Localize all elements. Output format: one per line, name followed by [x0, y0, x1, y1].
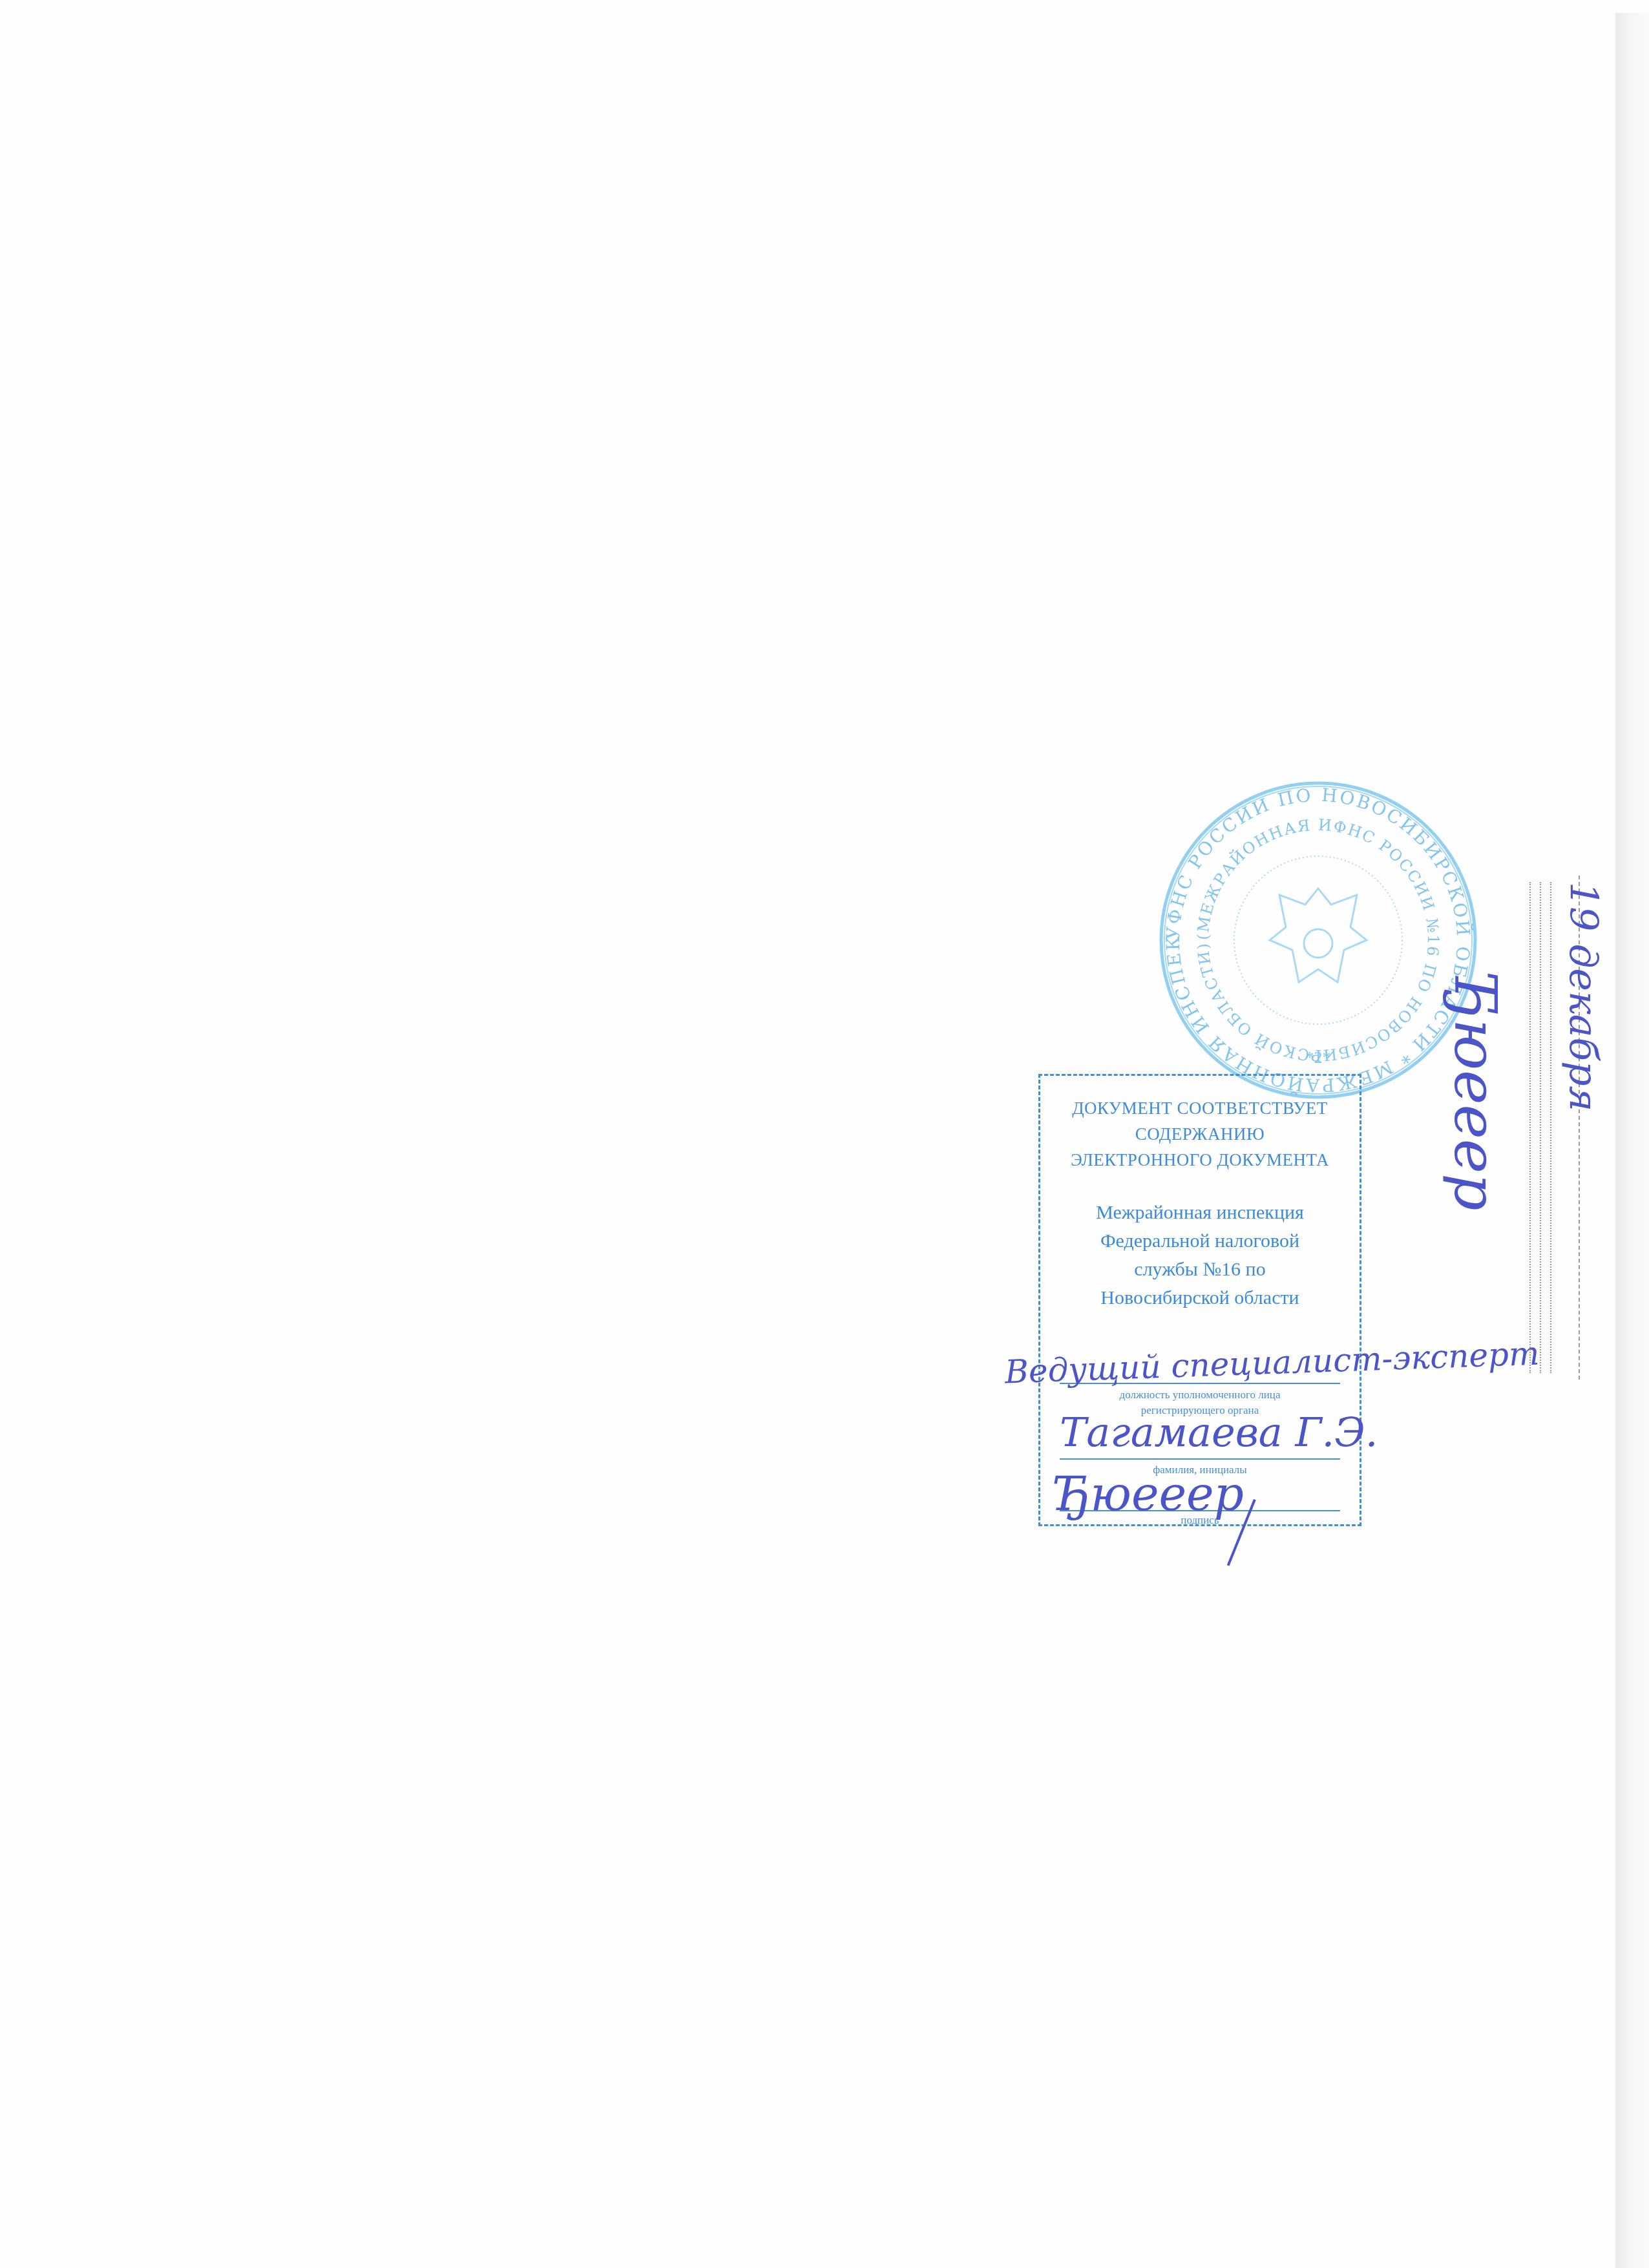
seal-inner-text: (МЕЖРАЙОННАЯ ИФНС РОССИИ №16 ПО НОВОСИБИ… — [1194, 816, 1442, 1065]
binding-stamp: 19 декабря Ђюееер — [1451, 876, 1606, 1380]
binding-signature: Ђюееер — [1441, 972, 1509, 1211]
certification-stamp: ДОКУМЕНТ СООТВЕТСТВУЕТ СОДЕРЖАНИЮ ЭЛЕКТР… — [1038, 1074, 1361, 1526]
handwritten-signature: Ђюееер — [1053, 1467, 1244, 1521]
binding-printed-text — [1520, 882, 1560, 1373]
eagle-emblem-icon — [1270, 888, 1367, 982]
certification-title: ДОКУМЕНТ СООТВЕТСТВУЕТ СОДЕРЖАНИЮ ЭЛЕКТР… — [1040, 1095, 1360, 1173]
seal-number-mark: *2* — [1306, 1048, 1331, 1067]
document-page: УФНС РОССИИ ПО НОВОСИБИРСКОЙ ОБЛАСТИ * М… — [0, 0, 1615, 2268]
name-field-line — [1060, 1458, 1340, 1460]
svg-text:(МЕЖРАЙОННАЯ ИФНС РОССИИ №16 П: (МЕЖРАЙОННАЯ ИФНС РОССИИ №16 ПО НОВОСИБИ… — [1194, 816, 1442, 1065]
scan-edge — [1615, 13, 1649, 2268]
binding-date: 19 декабря — [1560, 882, 1606, 1111]
official-seal: УФНС РОССИИ ПО НОВОСИБИРСКОЙ ОБЛАСТИ * М… — [1157, 779, 1480, 1102]
handwritten-name: Тагамаева Г.Э. — [1060, 1409, 1378, 1456]
issuing-organization: Межрайонная инспекция Федеральной налого… — [1040, 1199, 1360, 1312]
